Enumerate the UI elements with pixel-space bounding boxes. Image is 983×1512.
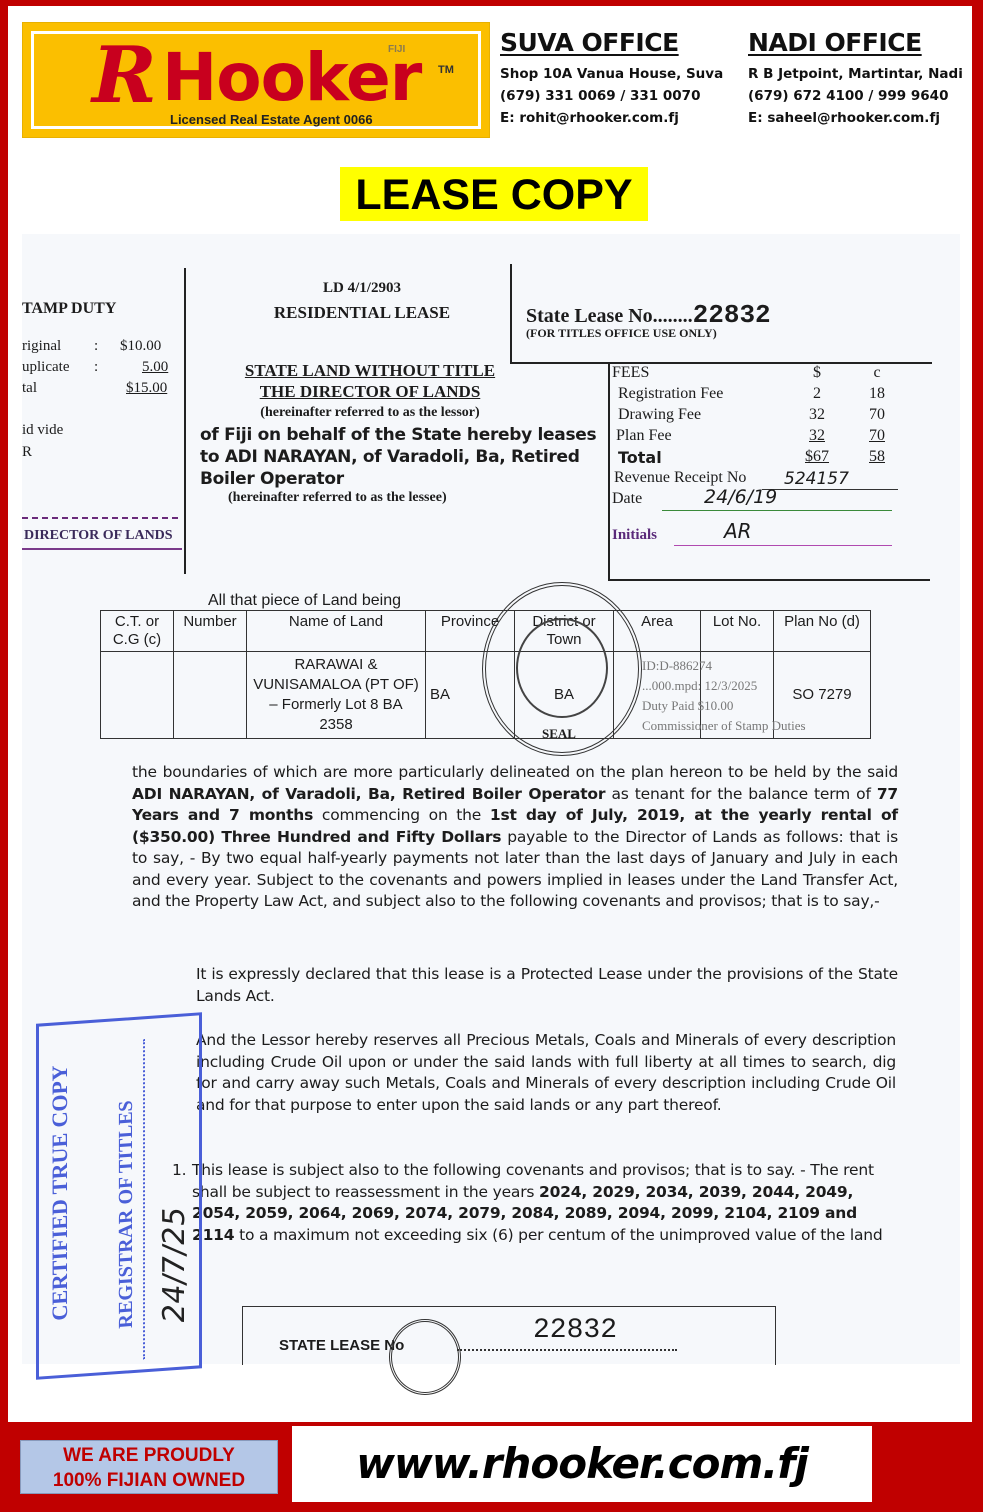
state-lease-label: STATE LEASE No (279, 1337, 404, 1354)
initials-row: Initials AR (612, 527, 912, 548)
director-title: THE DIRECTOR OF LANDS (200, 381, 540, 402)
reassessment-paragraph: This lease is subject also to the follow… (192, 1160, 892, 1246)
table-cell: RARAWAI & VUNISAMALOA (PT OF) – Formerly… (247, 652, 426, 739)
stamp-duty-row: riginal : $10.00 (22, 338, 61, 355)
fee-total-row: Total $67 58 (612, 448, 912, 469)
nadi-office: NADI OFFICE R B Jetpoint, Martintar, Nad… (748, 28, 963, 129)
office-address: Shop 10A Vanua House, Suva (500, 63, 723, 85)
lessee-text: of Fiji on behalf of the State hereby le… (200, 424, 600, 490)
stamp-duty-row: tal $15.00 (22, 380, 37, 397)
state-lease-footer-box: STATE LEASE No 22832 (242, 1306, 776, 1365)
table-cell (174, 652, 247, 739)
column-header: Name of Land (247, 611, 426, 652)
duty-paid-stamp: ID:D-886274 ...000.mpd: 12/3/2025 Duty P… (642, 656, 806, 736)
certified-true-copy-stamp: CERTIFIED TRUE COPY REGISTRAR OF TITLES … (36, 1012, 202, 1380)
website-link[interactable]: www.rhooker.com.fj (292, 1426, 872, 1502)
registrar-seal-icon (389, 1319, 461, 1395)
titles-office-note: (FOR TITLES OFFICE USE ONLY) (526, 326, 717, 341)
date-row: Date 24/6/19 (612, 490, 912, 511)
brand-name: Hooker (162, 42, 421, 114)
column-header: Lot No. (701, 611, 774, 652)
office-phone: (679) 672 4100 / 999 9640 (748, 85, 963, 107)
divider (608, 364, 610, 580)
state-land-title: STATE LAND WITHOUT TITLE (200, 360, 540, 381)
office-email: E: rohit@rhooker.com.fj (500, 107, 723, 129)
stamp-duty-row: uplicate : 5.00 (22, 359, 69, 376)
director-of-lands-signatory: DIRECTOR OF LANDS (24, 528, 173, 544)
signature-line (22, 517, 178, 519)
trademark-mark: TM (438, 64, 454, 76)
divider (184, 268, 186, 574)
column-header: C.T. or C.G (c) (101, 611, 174, 652)
brand-logo: R Hooker FIJI TM Licensed Real Estate Ag… (22, 22, 490, 138)
fees-block: FEES $ c Registration Fee 2 18 Drawing F… (612, 364, 912, 548)
lessor-ref: (hereinafter referred to as the lessor) (200, 402, 540, 423)
column-header: Number (174, 611, 247, 652)
fee-row: Registration Fee 2 18 (612, 385, 912, 406)
commissioner-seal-icon: COMMISSIONER OF STAMP DUTIES SEAL (482, 582, 642, 756)
lessee-ref: (hereinafter referred to as the lessee) (228, 490, 447, 506)
office-address: R B Jetpoint, Martintar, Nadi (748, 63, 963, 85)
minerals-reservation-paragraph: And the Lessor hereby reserves all Preci… (196, 1030, 896, 1116)
rx-monogram-icon: R (92, 30, 157, 121)
region-tag: FIJI (388, 44, 405, 55)
fee-row: Plan Fee 32 70 (612, 427, 912, 448)
land-caption: All that piece of Land being (208, 592, 401, 610)
lessor-block: STATE LAND WITHOUT TITLE THE DIRECTOR OF… (200, 360, 540, 423)
state-lease-number: 22832 (533, 1315, 617, 1346)
fees-header: FEES $ c (612, 364, 912, 385)
underline (22, 548, 182, 550)
office-phone: (679) 331 0069 / 331 0070 (500, 85, 723, 107)
paid-vide: id vide (22, 422, 63, 439)
scanned-lease-document: TAMP DUTY riginal : $10.00 uplicate : 5.… (22, 234, 960, 1364)
lease-ref: LD 4/1/2903 (202, 280, 522, 297)
lease-terms-paragraph: the boundaries of which are more particu… (132, 762, 898, 913)
license-text: Licensed Real Estate Agent 0066 (170, 112, 373, 127)
stamp-duty-title: TAMP DUTY (22, 300, 116, 318)
office-title: SUVA OFFICE (500, 28, 723, 57)
office-title: NADI OFFICE (748, 28, 963, 57)
office-email: E: saheel@rhooker.com.fj (748, 107, 963, 129)
lease-copy-banner: LEASE COPY (340, 167, 648, 221)
divider (608, 579, 930, 581)
fijian-owned-badge: WE ARE PROUDLY 100% FIJIAN OWNED (20, 1440, 278, 1494)
lease-type: RESIDENTIAL LEASE (202, 303, 522, 323)
lease-heading: LD 4/1/2903 RESIDENTIAL LEASE (202, 280, 522, 323)
r-mark: R (22, 444, 32, 461)
table-cell (101, 652, 174, 739)
protected-lease-paragraph: It is expressly declared that this lease… (196, 964, 898, 1007)
fee-row: Drawing Fee 32 70 (612, 406, 912, 427)
suva-office: SUVA OFFICE Shop 10A Vanua House, Suva (… (500, 28, 723, 129)
column-header: Plan No (d) (774, 611, 871, 652)
